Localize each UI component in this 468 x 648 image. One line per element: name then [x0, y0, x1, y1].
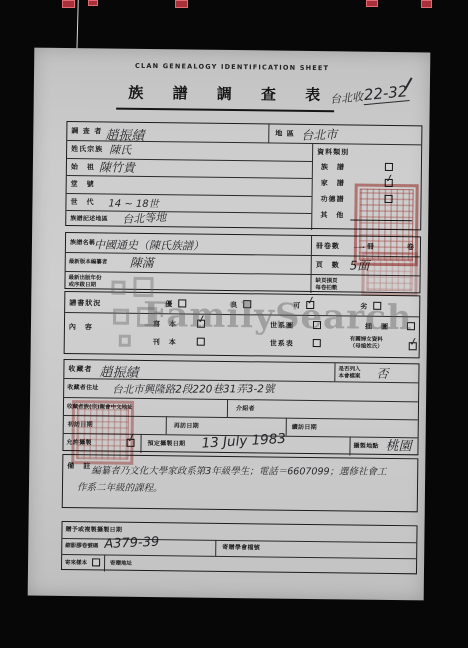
film-edge-mark	[62, 0, 75, 8]
category-option-label: 功德譜	[320, 196, 344, 203]
compiler-label: 最新版本編纂者	[69, 259, 108, 266]
preface-date-label: 或序跋日期	[68, 282, 96, 289]
women-data-sublabel: （母媳姓氏）	[350, 343, 383, 350]
filming-place-label: 攝製地點	[353, 444, 378, 450]
sample-sent-checkbox: ✓	[92, 558, 101, 567]
exposures-label: 每卷拍數	[315, 285, 337, 292]
red-seal-stamp	[71, 400, 134, 465]
listed-in-archive-sublabel: 本會檔案	[338, 373, 360, 380]
microfilm-number-label: 縮影膠卷號碼	[65, 543, 98, 550]
grid-line	[104, 554, 105, 571]
archive-table: 贈予或複製攝製日期 縮影膠卷號碼 A379-39 寄贈學會檔號 寄來樣本 ✓ 寄…	[61, 521, 418, 574]
film-edge-mark	[421, 0, 432, 8]
introducer-label: 介紹者	[236, 406, 255, 412]
grid-line	[268, 124, 269, 142]
grid-line	[67, 175, 312, 179]
film-edge-mark	[88, 0, 98, 6]
clan-label: 姓氏宗族	[71, 146, 103, 153]
grid-line	[166, 416, 167, 434]
listed-in-archive-value: 否	[376, 365, 388, 382]
content-checkbox-women-data: ✓	[409, 342, 418, 351]
grid-line	[62, 554, 416, 559]
grid-line	[66, 210, 311, 214]
content-option-label: 刊 本	[153, 339, 177, 346]
grid-line	[286, 418, 287, 436]
familysearch-logo-square	[113, 309, 129, 325]
clan-value: 陳氏	[109, 142, 131, 158]
checkbox	[92, 558, 100, 566]
content-checkbox-lineage-table: ✓	[313, 339, 322, 348]
collector-value: 趙振績	[99, 361, 138, 380]
area-value: 台北市	[301, 125, 338, 143]
collector-label: 收藏者	[68, 366, 92, 373]
hall-name-label: 堂 號	[71, 181, 95, 188]
scanned-genealogy-sheet: CLAN GENEALOGY IDENTIFICATION SHEET 族 譜 …	[28, 48, 431, 601]
book-condition-label: 譜書狀況	[69, 300, 101, 307]
category-option-label: 族 譜	[321, 164, 345, 171]
remarks-line1: 編纂者乃文化大學家政系第3年級學生；電話＝6607099；選修社會工	[91, 463, 386, 478]
remarks-line2: 作系二年級的課程。	[77, 479, 163, 494]
checkbox	[197, 338, 205, 346]
handwritten-film-number: 台北收22-32	[329, 81, 409, 107]
english-sheet-title: CLAN GENEALOGY IDENTIFICATION SHEET	[34, 61, 430, 74]
familysearch-logo-square	[119, 335, 131, 347]
grid-line	[310, 236, 312, 293]
microfilm-number-value: A379-39	[104, 535, 160, 552]
first-ancestor-label: 始 祖	[71, 164, 95, 171]
generations-value: 14 ~ 18世	[108, 195, 158, 211]
seal-pattern	[359, 189, 414, 262]
investigator-label: 調 查 者	[71, 128, 102, 135]
filming-place-value: 桃園	[385, 435, 411, 454]
film-number-value: 22-32	[362, 82, 409, 105]
second-visit-label: 再訪日期	[174, 423, 199, 429]
film-edge-mark	[366, 0, 378, 7]
collector-address-value: 台北市興隆路2段220巷31弄3-2號	[112, 381, 274, 397]
seal-pattern	[366, 257, 412, 292]
content-checkbox-printed: ✓	[197, 338, 206, 347]
checkbox	[385, 163, 393, 171]
category-option-label: 家 譜	[321, 180, 345, 187]
microfilm-frame: { "header": { "eng_title": "CLAN GENEALO…	[0, 0, 468, 648]
seal-pattern	[76, 405, 129, 460]
genealogy-name-value: 中國通史（陳氏族譜）	[94, 236, 204, 253]
film-number-prefix: 台北收	[330, 90, 364, 106]
grid-line	[334, 363, 335, 381]
generations-label: 世 代	[70, 199, 94, 206]
film-edge-mark	[175, 0, 188, 8]
grid-line	[67, 193, 312, 197]
region-value: 台北等地	[122, 209, 167, 228]
grid-line	[140, 434, 141, 453]
region-label: 族譜記述地區	[70, 216, 108, 222]
content-label: 內 容	[69, 324, 93, 331]
filming-date-label: 預定攝製日期	[147, 441, 185, 447]
grid-line	[215, 540, 216, 556]
followup-visit-label: 續訪日期	[292, 425, 317, 431]
category-option-label: 其 他	[320, 212, 344, 219]
area-label: 地 區	[275, 131, 295, 138]
page-title: 族 譜 調 查 表	[116, 82, 334, 113]
familysearch-watermark: FamilySearch	[143, 295, 413, 338]
gift-copy-date-label: 贈予或複製攝製日期	[65, 527, 122, 534]
familysearch-logo-square	[111, 281, 125, 295]
society-file-number-label: 寄贈學會檔號	[222, 545, 260, 551]
content-option-label: 世系表	[270, 340, 294, 347]
publish-year-label: 最新出版年份	[69, 275, 102, 282]
first-ancestor-value: 陳竹貴	[99, 158, 135, 175]
category-title: 資料類別	[317, 149, 349, 156]
grid-line	[227, 399, 228, 417]
compiler-value: 陳滿	[130, 254, 154, 271]
grid-line	[311, 143, 313, 230]
grid-line	[349, 436, 350, 455]
filming-date-value: 13 July 1983	[201, 431, 286, 452]
collector-address-label: 收藏者住址	[67, 385, 99, 391]
pages-label: 頁 數	[316, 262, 340, 269]
red-seal-stamp	[361, 252, 418, 297]
sample-sent-label: 寄來樣本	[65, 560, 87, 567]
missing-pages-label: 缺頁損頁	[315, 278, 337, 285]
checkbox	[313, 339, 321, 347]
genealogy-name-label: 族譜名稱	[70, 240, 95, 246]
listed-in-archive-label: 是否列入	[338, 366, 360, 373]
send-address-label: 寄贈地址	[110, 561, 132, 568]
volumes-label: 冊卷數	[316, 243, 340, 250]
